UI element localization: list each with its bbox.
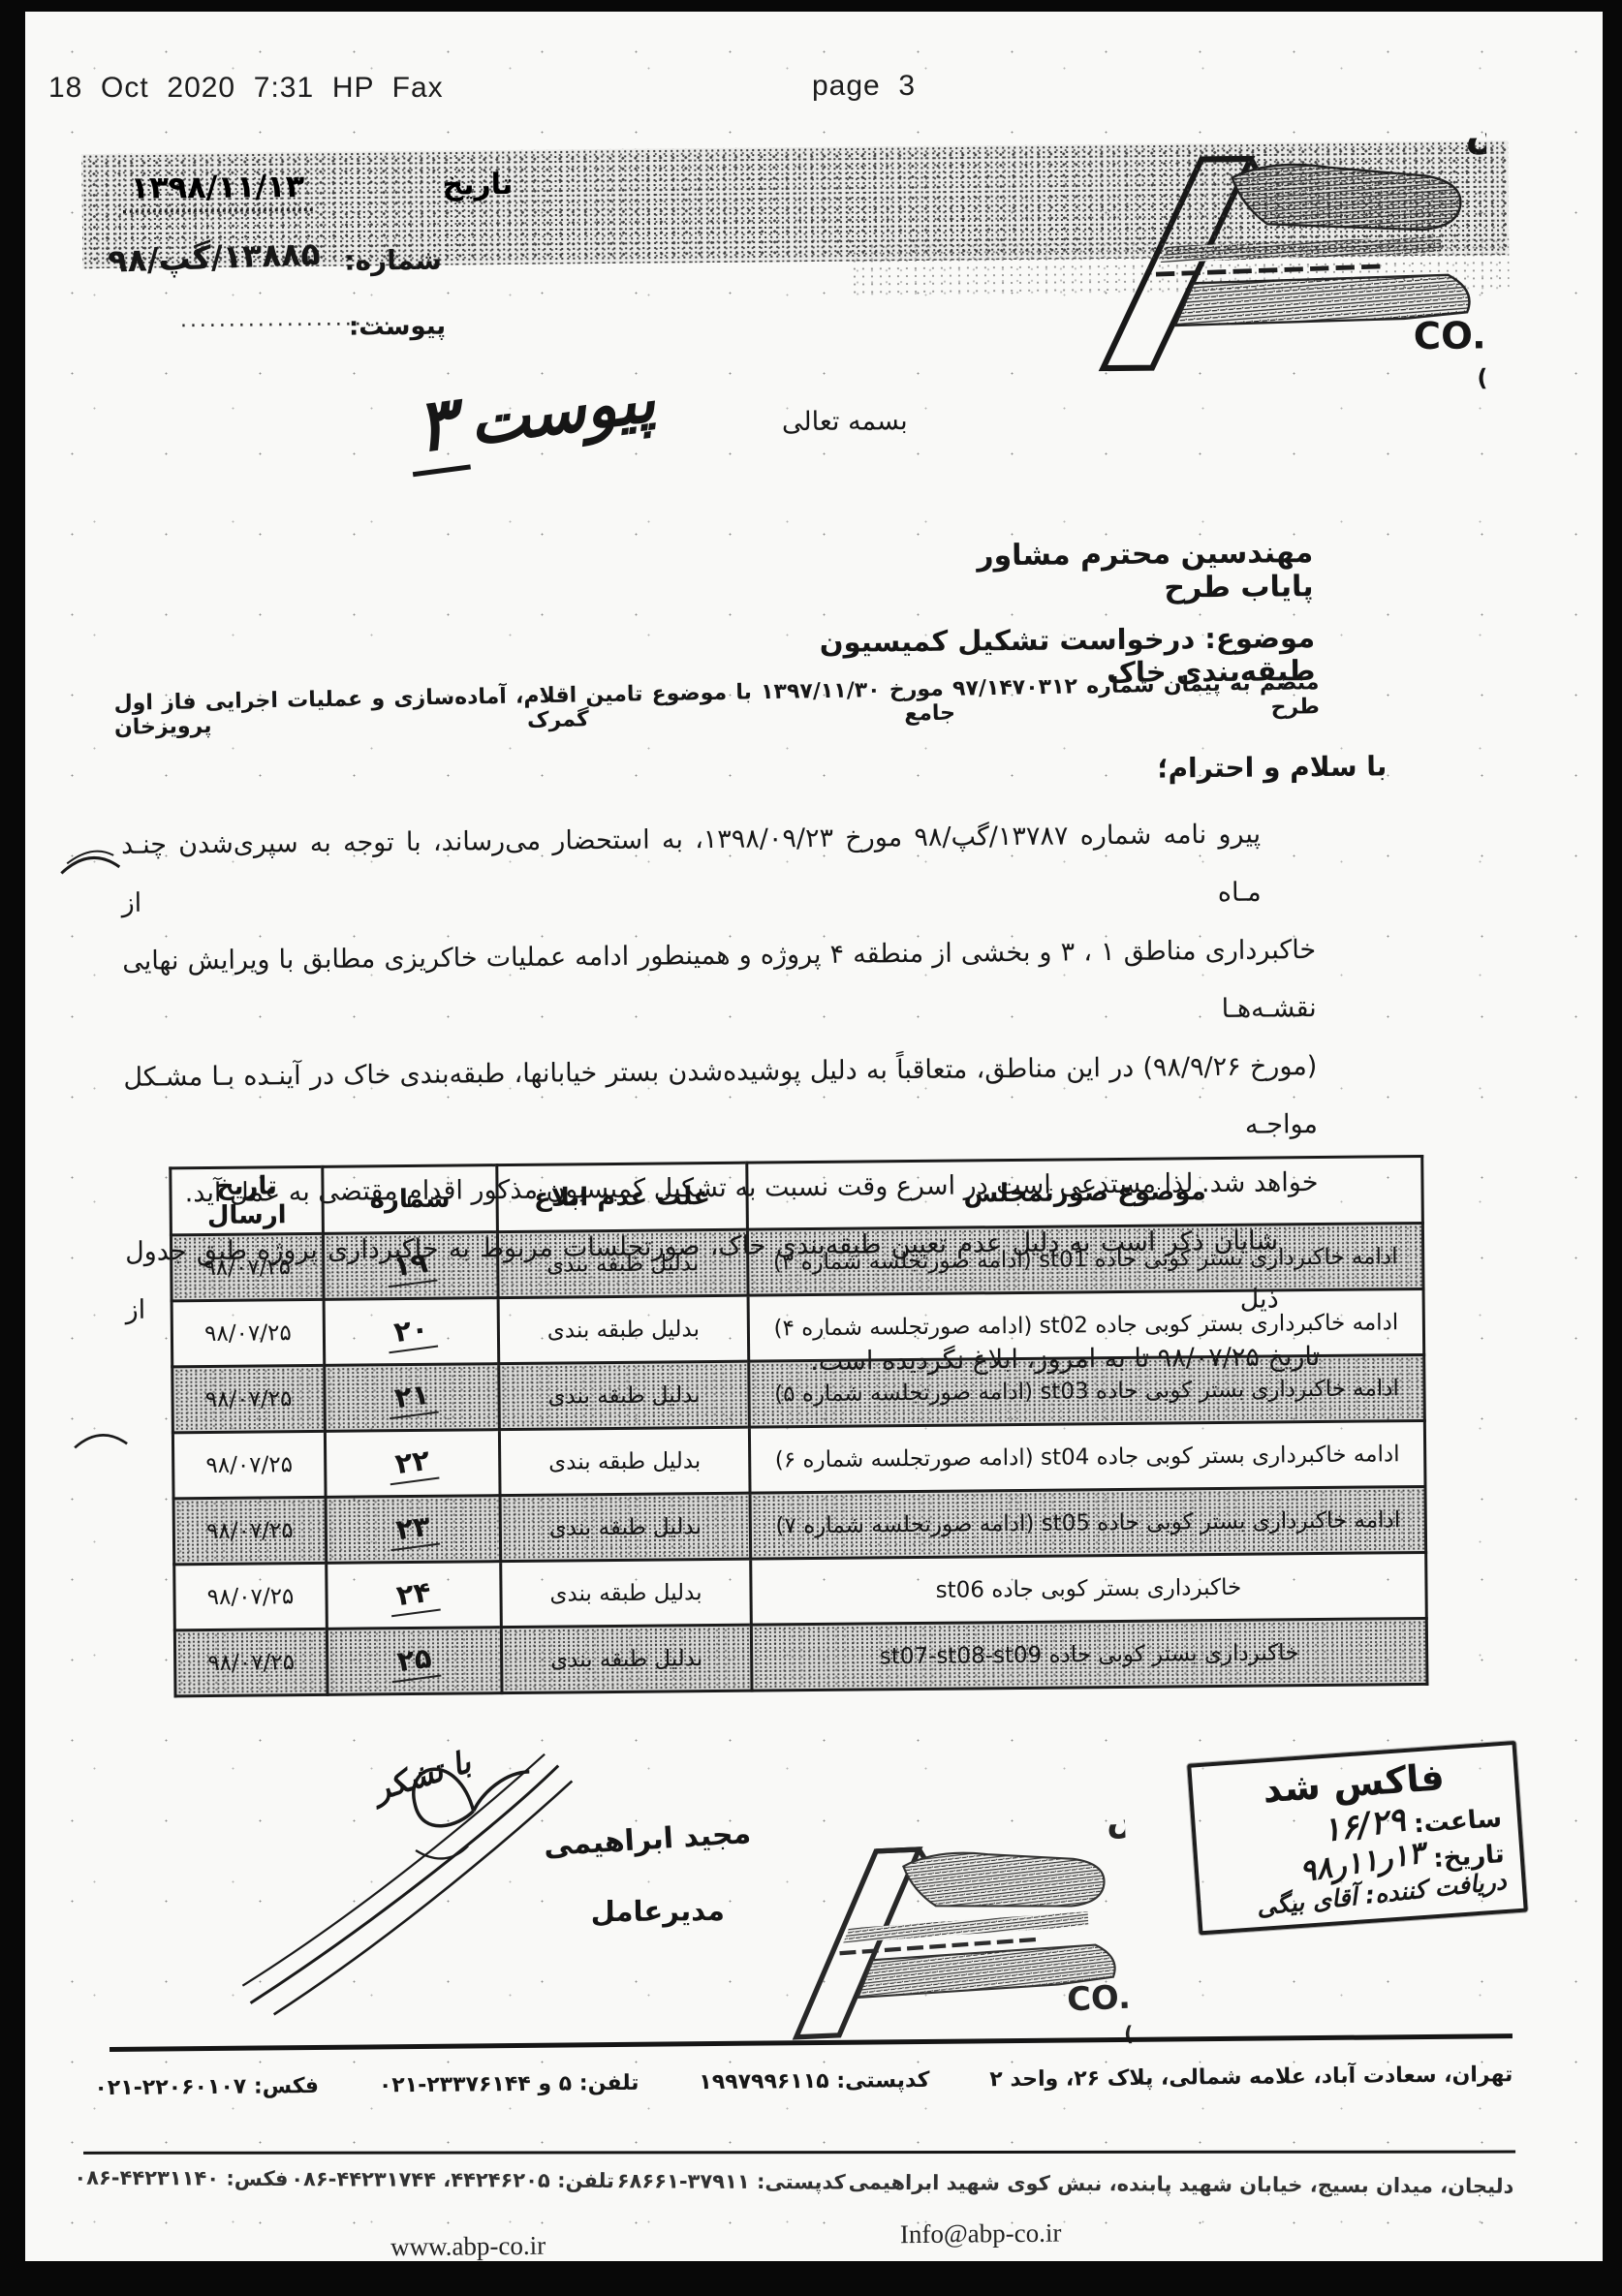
col-header-subject: موضوع صورتمجلس	[747, 1156, 1423, 1229]
company-stamp-logo	[775, 1791, 1135, 2061]
table-cell-subject: خاکبرداری بستر کوبی جاده st06	[751, 1552, 1427, 1625]
scanned-fax-page: آباد بوم پارس CO. شرکت راه و ساختمانی (س…	[0, 0, 1622, 2296]
handwritten-minute-number: ۲۳	[386, 1507, 440, 1550]
letter-attachment-dots: ......................	[180, 306, 393, 332]
table-cell-subject: ادامه خاکبرداری بستر کوبی جاده st02 (ادا…	[748, 1288, 1424, 1361]
table-cell-date: ۹۸/۰۷/۲۵	[172, 1299, 325, 1367]
table-cell-reason: بدلیل طبقه بندی	[499, 1361, 750, 1429]
minutes-table: موضوع صورتمجلس علت عدم ابلاغ شماره تاریخ…	[169, 1155, 1428, 1697]
addressee: مهندسین محترم مشاور پایاب طرح	[945, 536, 1314, 607]
table-row: ادامه خاکبرداری بستر کوبی جاده st03 (ادا…	[172, 1354, 1425, 1432]
footer-tehran-postal: کدپستی: ۱۹۹۷۹۹۶۱۱۵	[699, 2068, 929, 2094]
salutation: با سلام و احترام؛	[1157, 750, 1387, 784]
table-cell-reason: بدلیل طبقه بندی	[498, 1295, 749, 1363]
body-line: (مورخ ۹۸/۹/۲۶) در این مناطق، متعاقباً به…	[123, 1038, 1318, 1165]
handwritten-minute-number: ۲۰	[384, 1310, 438, 1352]
table-row: ادامه خاکبرداری بستر کوبی جاده st01 (ادا…	[171, 1223, 1423, 1300]
table-cell-date: ۹۸/۰۷/۲۵	[174, 1629, 328, 1696]
footer-delijan-postal: کدپستی: ۳۷۹۱۱-۶۸۶۶۱	[617, 2169, 846, 2193]
table-cell-subject: ادامه خاکبرداری بستر کوبی جاده st04 (ادا…	[749, 1420, 1425, 1493]
handwritten-attachment-note: پیوست ۳	[401, 355, 659, 470]
table-cell-subject: ادامه خاکبرداری بستر کوبی جاده st01 (ادا…	[747, 1223, 1423, 1295]
margin-mark	[71, 1421, 133, 1457]
table-row: ادامه خاکبرداری بستر کوبی جاده st04 (ادا…	[172, 1420, 1425, 1498]
footer-tehran-address: تهران، سعادت آباد، علامه شمالی، پلاک ۲۶،…	[989, 2063, 1513, 2092]
signatory-title: مدیرعامل	[591, 1894, 726, 1928]
table-cell-date: ۹۸/۰۷/۲۵	[173, 1497, 327, 1565]
paper: 18 Oct 2020 7:31 HP Fax page 3 تاریخ ۱۳۹…	[25, 12, 1603, 2261]
letter-number-label: شماره:	[344, 244, 442, 277]
col-header-number: شماره	[323, 1165, 498, 1234]
table-cell-number: ۲۲	[325, 1430, 500, 1498]
table-cell-number: ۲۵	[327, 1628, 502, 1695]
table-cell-number: ۲۴	[327, 1562, 502, 1629]
table-cell-reason: بدلیل طبقه بندی	[497, 1229, 748, 1297]
table-cell-date: ۹۸/۰۷/۲۵	[174, 1563, 328, 1630]
handwritten-attachment-word: پیوست	[464, 361, 659, 460]
minutes-table-body: ادامه خاکبرداری بستر کوبی جاده st01 (ادا…	[171, 1223, 1427, 1695]
body-line: پیرو نامه شماره ۱۳۷۸۷/گپ/۹۸ مورخ ۱۳۹۸/۰۹…	[121, 805, 1316, 933]
footer-line-tehran: تهران، سعادت آباد، علامه شمالی، پلاک ۲۶،…	[94, 2063, 1513, 2100]
handwritten-minute-number: ۲۴	[387, 1573, 441, 1616]
letter-number-value: ۱۳۸۸۵/گپ/۹۸	[108, 234, 322, 280]
footer-delijan-phone: تلفن: ۴۴۲۴۶۲۰۵، ۴۴۲۳۱۷۴۴-۰۸۶	[291, 2167, 614, 2192]
col-header-date: تاریخ ارسال	[171, 1166, 324, 1235]
table-row: ادامه خاکبرداری بستر کوبی جاده st05 (ادا…	[173, 1486, 1426, 1564]
table-cell-reason: بدلیل طبقه بندی	[501, 1559, 752, 1627]
table-cell-subject: ادامه خاکبرداری بستر کوبی جاده st05 (ادا…	[750, 1486, 1426, 1559]
col-header-reason: علت عدم ابلاغ	[497, 1163, 748, 1231]
table-cell-reason: بدلیل طبقه بندی	[501, 1625, 752, 1692]
footer-email: Info@abp-co.ir	[900, 2218, 1062, 2250]
footer-tehran-fax: فکس: ۲۲۰۶۰۱۰۷-۰۲۱	[94, 2074, 319, 2100]
table-cell-date: ۹۸/۰۷/۲۵	[171, 1233, 324, 1301]
table-cell-number: ۲۱	[325, 1364, 500, 1432]
table-cell-subject: ادامه خاکبرداری بستر کوبی جاده st03 (ادا…	[749, 1354, 1425, 1427]
table-cell-reason: بدلیل طبقه بندی	[499, 1427, 750, 1495]
handwritten-minute-number: ۲۱	[385, 1376, 439, 1418]
footer-website: www.abp-co.ir	[390, 2231, 546, 2261]
footer-tehran-phone: تلفن: ۵ و ۲۳۳۷۶۱۴۴-۰۲۱	[379, 2071, 639, 2098]
footer-rule-mid	[83, 2151, 1515, 2155]
table-cell-subject: خاکبرداری بستر کوبی جاده st07-st08-st09	[751, 1618, 1427, 1691]
footer-delijan-address: دلیجان، میدان بسیج، خیابان شهید پابنده، …	[849, 2171, 1514, 2198]
letter-date-value: ۱۳۹۸/۱۱/۱۳	[122, 168, 312, 213]
table-row: خاکبرداری بستر کوبی جاده st06بدلیل طبقه …	[174, 1552, 1427, 1629]
table-cell-reason: بدلیل طبقه بندی	[500, 1493, 751, 1561]
scan-noise-patch	[850, 235, 1510, 298]
letter-date-label: تاریخ	[442, 168, 513, 202]
table-cell-number: ۲۰	[324, 1298, 499, 1366]
table-row: ادامه خاکبرداری بستر کوبی جاده st02 (ادا…	[172, 1288, 1424, 1366]
footer-line-delijan: دلیجان، میدان بسیج، خیابان شهید پابنده، …	[74, 2166, 1513, 2198]
footer-delijan-fax: فکس: ۴۴۲۳۱۱۴۰-۰۸۶	[74, 2166, 288, 2190]
handwritten-attachment-number: ۳	[401, 380, 470, 477]
scanned-letter: تاریخ ۱۳۹۸/۱۱/۱۳ شماره: ۱۳۸۸۵/گپ/۹۸ پیوس…	[25, 12, 1603, 2261]
subject-detail: منضم به پیمان شماره ۹۷/۱۴۷۰۳۱۲ مورخ ۱۳۹۷…	[113, 670, 1320, 740]
table-header-row: موضوع صورتمجلس علت عدم ابلاغ شماره تاریخ…	[171, 1156, 1423, 1234]
table-cell-number: ۱۹	[323, 1232, 498, 1300]
table-row: خاکبرداری بستر کوبی جاده st07-st08-st09ب…	[174, 1618, 1427, 1695]
bismillah: بسمه تعالی	[782, 406, 908, 437]
table-cell-number: ۲۳	[326, 1496, 501, 1564]
handwritten-minute-number: ۱۹	[384, 1244, 438, 1287]
table-cell-date: ۹۸/۰۷/۲۵	[172, 1365, 326, 1433]
faxed-stamp-time-label: ساعت:	[1413, 1804, 1503, 1839]
handwritten-minute-number: ۲۲	[386, 1442, 440, 1484]
faxed-stamp: فاکس شد ساعت: ۱۶/۲۹ تاریخ: ۱۳ر۱۱ر۹۸ دریا…	[1187, 1741, 1528, 1936]
margin-mark	[57, 844, 125, 884]
table-cell-date: ۹۸/۰۷/۲۵	[172, 1431, 326, 1499]
handwritten-minute-number: ۲۵	[388, 1639, 442, 1682]
body-line: خاکبرداری مناطق ۱ ، ۳ و بخشی از منطقه ۴ …	[122, 921, 1317, 1049]
